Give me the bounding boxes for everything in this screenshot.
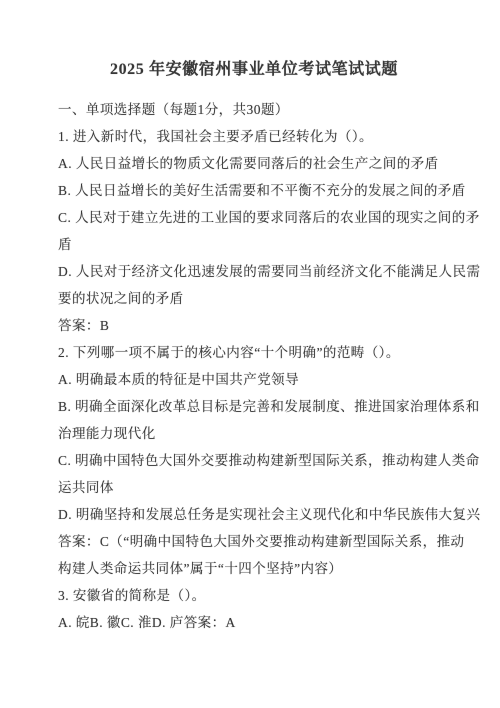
section-heading: 一、单项选择题（每题1分，共30题） — [58, 96, 464, 123]
text-line: D. 明确坚持和发展总任务是实现社会主义现代化和中华民族伟大复兴 — [58, 501, 464, 528]
text-line: 1. 进入新时代，我国社会主要矛盾已经转化为（）。 — [58, 123, 464, 150]
text-line: A. 皖B. 徽C. 淮D. 庐答案：A — [58, 609, 464, 636]
text-line: 运共同体 — [58, 474, 464, 501]
text-line: 2. 下列哪一项不属于的核心内容“十个明确”的范畴（）。 — [58, 339, 464, 366]
text-line: C. 明确中国特色大国外交要推动构建新型国际关系，推动构建人类命 — [58, 447, 464, 474]
text-line: B. 人民日益增长的美好生活需要和不平衡不充分的发展之间的矛盾 — [58, 177, 464, 204]
exam-document-page: 2025 年安徽宿州事业单位考试笔试试题 一、单项选择题（每题1分，共30题） … — [0, 0, 500, 708]
text-line: C. 人民对于建立先进的工业国的要求同落后的农业国的现实之间的矛 — [58, 204, 464, 231]
text-line: 答案：C（“明确中国特色大国外交要推动构建新型国际关系，推动 — [58, 528, 464, 555]
text-line: B. 明确全面深化改革总目标是完善和发展制度、推进国家治理体系和 — [58, 393, 464, 420]
text-line: 答案：B — [58, 312, 464, 339]
text-line: D. 人民对于经济文化迅速发展的需要同当前经济文化不能满足人民需 — [58, 258, 464, 285]
text-line: 要的状况之间的矛盾 — [58, 285, 464, 312]
document-title: 2025 年安徽宿州事业单位考试笔试试题 — [58, 58, 450, 82]
text-line: 治理能力现代化 — [58, 420, 464, 447]
text-line: A. 人民日益增长的物质文化需要同落后的社会生产之间的矛盾 — [58, 150, 464, 177]
body-lines: 1. 进入新时代，我国社会主要矛盾已经转化为（）。A. 人民日益增长的物质文化需… — [58, 123, 464, 636]
text-line: 构建人类命运共同体”属于“十四个坚持”内容） — [58, 555, 464, 582]
text-line: 3. 安徽省的简称是（）。 — [58, 582, 464, 609]
text-line: 盾 — [58, 231, 464, 258]
text-line: A. 明确最本质的特征是中国共产党领导 — [58, 366, 464, 393]
